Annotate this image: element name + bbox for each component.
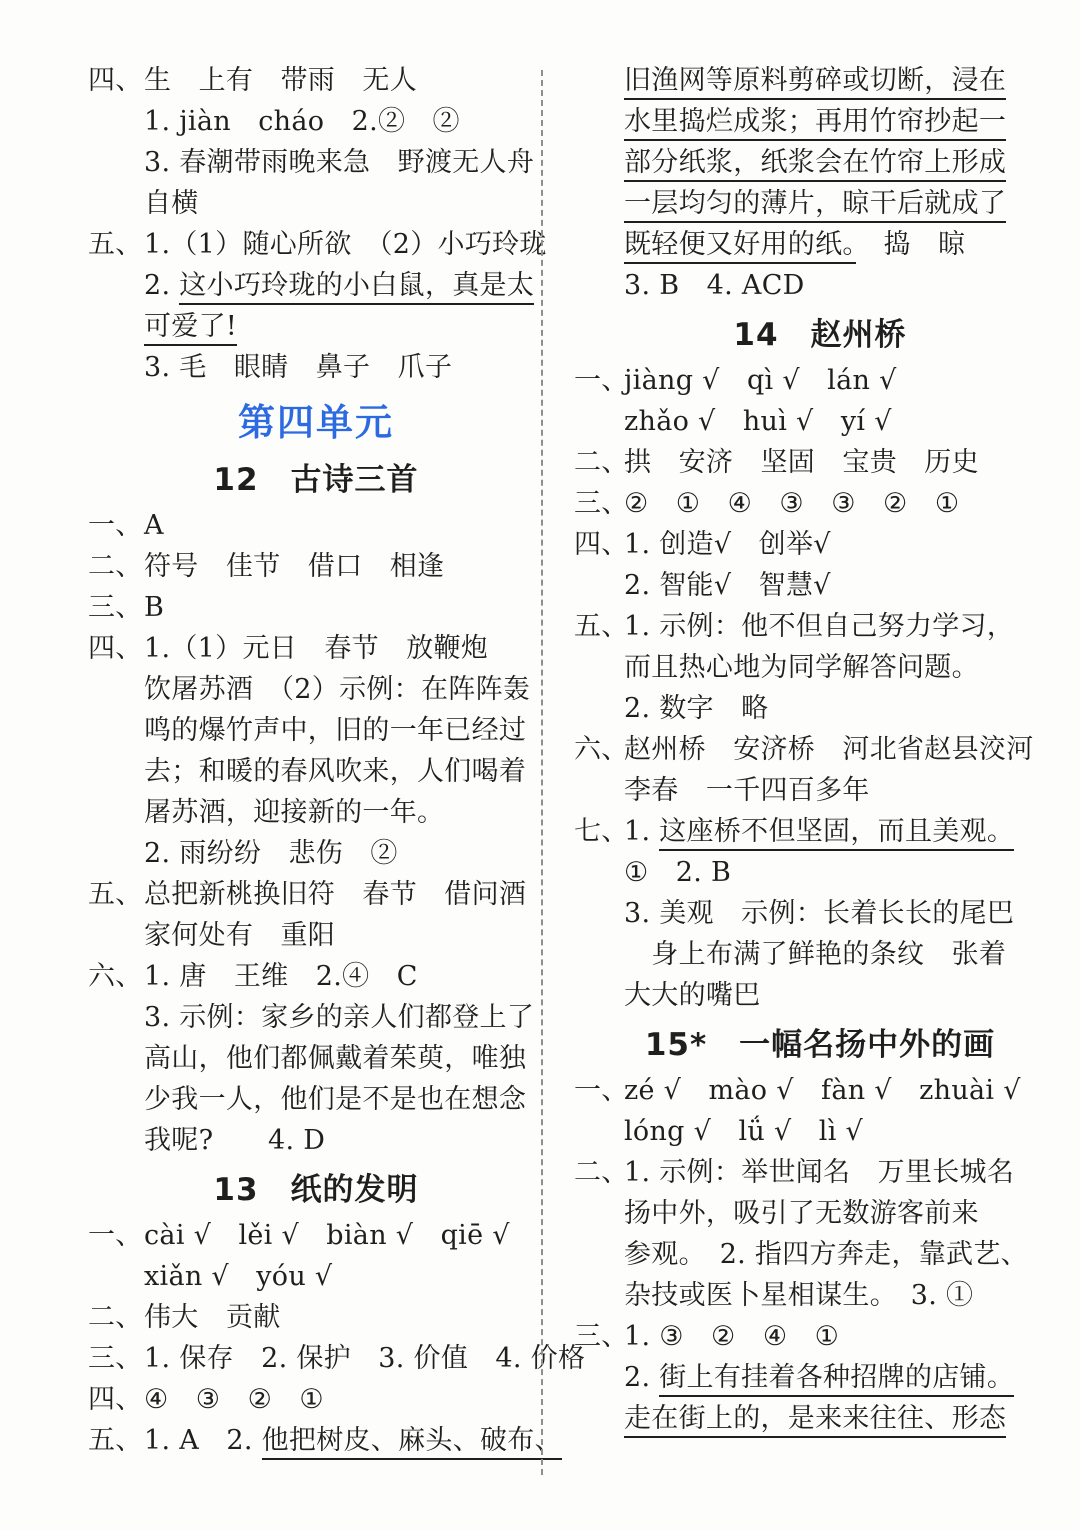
answer-line: 五、1. A 2. 他把树皮、麻头、破布、 bbox=[88, 1420, 544, 1461]
line-text: 旧渔网等原料剪碎或切断，浸在 bbox=[624, 60, 1006, 101]
item-number-label bbox=[574, 770, 624, 811]
answer-text: 家何处有 重阳 bbox=[144, 920, 335, 951]
item-number-label bbox=[88, 792, 144, 833]
answer-line: 屠苏酒，迎接新的一年。 bbox=[88, 792, 544, 833]
answer-line: ① 2. B bbox=[574, 852, 1066, 893]
item-number-label: 五、 bbox=[574, 606, 624, 647]
line-text: 伟大 贡献 bbox=[144, 1297, 281, 1338]
answer-text: 符号 佳节 借口 相逢 bbox=[144, 551, 444, 582]
underlined-answer-text: 一层均匀的薄片，晾干后就成了 bbox=[624, 188, 1006, 223]
item-number-label bbox=[88, 142, 144, 183]
answer-line: 自横 bbox=[88, 183, 544, 224]
answer-text: 1. ③ ② ④ ① bbox=[624, 1321, 839, 1352]
answer-text: 伟大 贡献 bbox=[144, 1302, 281, 1333]
line-text: 2. 数字 略 bbox=[624, 688, 768, 729]
item-number-label: 五、 bbox=[88, 224, 144, 265]
item-number-label: 四、 bbox=[88, 60, 144, 101]
line-text: lóng √ lǘ √ lì √ bbox=[624, 1111, 863, 1152]
left-column: 四、生 上有 带雨 无人1. jiàn cháo 2.② ②3. 春潮带雨晚来急… bbox=[88, 60, 544, 1461]
line-text: 总把新桃换旧符 春节 借问酒 bbox=[144, 874, 526, 915]
item-number-label bbox=[88, 833, 144, 874]
answer-text: A bbox=[144, 510, 164, 541]
line-text: 身上布满了鲜艳的条纹 张着 bbox=[624, 934, 1006, 975]
item-number-label: 三、 bbox=[574, 1316, 624, 1357]
answer-line: 杂技或医卜星相谋生。 3. ① bbox=[574, 1275, 1066, 1316]
item-number-label bbox=[574, 852, 624, 893]
answer-line: 身上布满了鲜艳的条纹 张着 bbox=[574, 934, 1066, 975]
item-number-label bbox=[574, 224, 624, 265]
answer-line: 3. 示例：家乡的亲人们都登上了 bbox=[88, 997, 544, 1038]
line-text: 杂技或医卜星相谋生。 3. ① bbox=[624, 1275, 973, 1316]
answer-text: 高山，他们都佩戴着茱萸，唯独 bbox=[144, 1043, 526, 1074]
column-divider bbox=[541, 70, 543, 1475]
answer-text: ① 2. B bbox=[624, 857, 731, 888]
answer-text: 去；和暖的春风吹来，人们喝着 bbox=[144, 756, 526, 787]
answer-text: 屠苏酒，迎接新的一年。 bbox=[144, 797, 444, 828]
line-text: ② ① ④ ③ ③ ② ① bbox=[624, 483, 959, 524]
answer-line: 五、总把新桃换旧符 春节 借问酒 bbox=[88, 874, 544, 915]
answer-line: 1. jiàn cháo 2.② ② bbox=[88, 101, 544, 142]
line-text: 而且热心地为同学解答问题。 bbox=[624, 647, 979, 688]
answer-line: 一、jiàng √ qì √ lán √ bbox=[574, 360, 1066, 401]
answer-text: 鸣的爆竹声中，旧的一年已经过 bbox=[144, 715, 526, 746]
answer-line: 少我一人，他们是不是也在想念 bbox=[88, 1079, 544, 1120]
answer-text: 拱 安济 坚固 宝贵 历史 bbox=[624, 447, 979, 478]
item-number-label: 五、 bbox=[88, 874, 144, 915]
item-number-label: 四、 bbox=[88, 1379, 144, 1420]
answer-line: 部分纸浆，纸浆会在竹帘上形成 bbox=[574, 142, 1066, 183]
item-number-label bbox=[574, 1275, 624, 1316]
unit-header: 第四单元 bbox=[88, 394, 544, 451]
answer-text: 1.（1）随心所欲 （2）小巧玲珑 bbox=[144, 229, 547, 260]
answer-text: 3. B 4. ACD bbox=[624, 270, 805, 301]
answer-text: 少我一人，他们是不是也在想念 bbox=[144, 1084, 526, 1115]
underlined-answer-text: 街上有挂着各种招牌的店铺。 bbox=[659, 1362, 1014, 1397]
item-number-label: 三、 bbox=[88, 587, 144, 628]
item-number-label bbox=[574, 1398, 624, 1439]
lesson-header: 14 赵州桥 bbox=[574, 311, 1066, 360]
item-number-label: 一、 bbox=[574, 360, 624, 401]
answer-line: 走在街上的，是来来往往、形态 bbox=[574, 1398, 1066, 1439]
line-text: 生 上有 带雨 无人 bbox=[144, 60, 417, 101]
answer-text: zé √ mào √ fàn √ zhuài √ bbox=[624, 1075, 1021, 1106]
item-number-label bbox=[574, 1111, 624, 1152]
line-text: B bbox=[144, 587, 164, 628]
line-text: 去；和暖的春风吹来，人们喝着 bbox=[144, 751, 526, 792]
answer-line: 高山，他们都佩戴着茱萸，唯独 bbox=[88, 1038, 544, 1079]
item-number-label bbox=[574, 565, 624, 606]
answer-text: 2. 雨纷纷 悲伤 ② bbox=[144, 838, 398, 869]
answer-line: 六、赵州桥 安济桥 河北省赵县洨河 bbox=[574, 729, 1066, 770]
line-text: 少我一人，他们是不是也在想念 bbox=[144, 1079, 526, 1120]
answer-line: 饮屠苏酒 （2）示例：在阵阵轰 bbox=[88, 669, 544, 710]
answer-line: 三、1. 保存 2. 保护 3. 价值 4. 价格 bbox=[88, 1338, 544, 1379]
answer-text: 3. 美观 示例：长着长长的尾巴 bbox=[624, 898, 1014, 929]
line-text: 2. 这小巧玲珑的小白鼠，真是太 bbox=[144, 265, 534, 306]
line-text: 自横 bbox=[144, 183, 199, 224]
answer-line: 四、生 上有 带雨 无人 bbox=[88, 60, 544, 101]
line-text: 1.（1）随心所欲 （2）小巧玲珑 bbox=[144, 224, 547, 265]
item-number-label bbox=[88, 710, 144, 751]
line-text: 1.（1）元日 春节 放鞭炮 bbox=[144, 628, 488, 669]
item-number-label: 七、 bbox=[574, 811, 624, 852]
line-text: 1. 这座桥不但坚固，而且美观。 bbox=[624, 811, 1014, 852]
answer-text: 参观。 2. 指四方奔走，靠武艺、 bbox=[624, 1239, 1028, 1270]
answer-text: 饮屠苏酒 （2）示例：在阵阵轰 bbox=[144, 674, 530, 705]
line-text: 2. 智能√ 智慧√ bbox=[624, 565, 831, 606]
line-text: zhǎo √ huì √ yí √ bbox=[624, 401, 892, 442]
item-number-label bbox=[88, 1038, 144, 1079]
answer-line: 2. 雨纷纷 悲伤 ② bbox=[88, 833, 544, 874]
answer-text: ② ① ④ ③ ③ ② ① bbox=[624, 488, 959, 519]
item-number-label: 五、 bbox=[88, 1420, 144, 1461]
item-number-label bbox=[574, 60, 624, 101]
line-text: ④ ③ ② ① bbox=[144, 1379, 324, 1420]
answer-text: 2. 数字 略 bbox=[624, 693, 768, 724]
underlined-answer-text: 这座桥不但坚固，而且美观。 bbox=[659, 816, 1014, 851]
underlined-answer-text: 旧渔网等原料剪碎或切断，浸在 bbox=[624, 65, 1006, 100]
answer-line: 家何处有 重阳 bbox=[88, 915, 544, 956]
item-number-label: 一、 bbox=[88, 505, 144, 546]
answer-line: 可爱了! bbox=[88, 306, 544, 347]
line-text: 2. 街上有挂着各种招牌的店铺。 bbox=[624, 1357, 1014, 1398]
answer-text: 捣 晾 bbox=[856, 229, 965, 260]
answer-line: 二、符号 佳节 借口 相逢 bbox=[88, 546, 544, 587]
answer-text: 赵州桥 安济桥 河北省赵县洨河 bbox=[624, 734, 1034, 765]
line-text: xiǎn √ yóu √ bbox=[144, 1256, 332, 1297]
line-text: 扬中外，吸引了无数游客前来 bbox=[624, 1193, 979, 1234]
line-text: 1. 创造√ 创举√ bbox=[624, 524, 831, 565]
item-number-label bbox=[88, 265, 144, 306]
answer-line: 李春 一千四百多年 bbox=[574, 770, 1066, 811]
item-number-label bbox=[574, 1357, 624, 1398]
underlined-answer-text: 部分纸浆，纸浆会在竹帘上形成 bbox=[624, 147, 1006, 182]
item-number-label bbox=[574, 265, 624, 306]
answer-text: 1. 唐 王维 2.④ C bbox=[144, 961, 418, 992]
line-text: 1. 唐 王维 2.④ C bbox=[144, 956, 418, 997]
answer-text: 生 上有 带雨 无人 bbox=[144, 65, 417, 96]
line-text: 2. 雨纷纷 悲伤 ② bbox=[144, 833, 398, 874]
answer-line: 2. 数字 略 bbox=[574, 688, 1066, 729]
line-text: jiàng √ qì √ lán √ bbox=[624, 360, 897, 401]
answer-line: 一、A bbox=[88, 505, 544, 546]
answer-text: 自横 bbox=[144, 188, 199, 219]
line-text: 部分纸浆，纸浆会在竹帘上形成 bbox=[624, 142, 1006, 183]
line-text: 3. 春潮带雨晚来急 野渡无人舟 bbox=[144, 142, 534, 183]
answer-text: 2. bbox=[144, 270, 179, 301]
item-number-label bbox=[88, 915, 144, 956]
item-number-label: 三、 bbox=[574, 483, 624, 524]
answer-line: 四、1. 创造√ 创举√ bbox=[574, 524, 1066, 565]
item-number-label: 四、 bbox=[88, 628, 144, 669]
line-text: 李春 一千四百多年 bbox=[624, 770, 870, 811]
item-number-label: 一、 bbox=[574, 1070, 624, 1111]
answer-line: 去；和暖的春风吹来，人们喝着 bbox=[88, 751, 544, 792]
item-number-label bbox=[88, 306, 144, 347]
answer-text: 2. bbox=[624, 1362, 659, 1393]
answer-line: 三、B bbox=[88, 587, 544, 628]
answer-line: 3. 美观 示例：长着长长的尾巴 bbox=[574, 893, 1066, 934]
answer-text: 2. 智能√ 智慧√ bbox=[624, 570, 831, 601]
item-number-label: 四、 bbox=[574, 524, 624, 565]
line-text: 一层均匀的薄片，晾干后就成了 bbox=[624, 183, 1006, 224]
answer-text: 3. 毛 眼睛 鼻子 爪子 bbox=[144, 352, 452, 383]
answer-line: 3. 毛 眼睛 鼻子 爪子 bbox=[88, 347, 544, 388]
underlined-answer-text: 水里捣烂成浆；再用竹帘抄起一 bbox=[624, 106, 1006, 141]
item-number-label bbox=[574, 101, 624, 142]
line-text: 3. 美观 示例：长着长长的尾巴 bbox=[624, 893, 1014, 934]
answer-text: 我呢? 4. D bbox=[144, 1125, 325, 1156]
answer-line: 七、1. 这座桥不但坚固，而且美观。 bbox=[574, 811, 1066, 852]
line-text: 可爱了! bbox=[144, 306, 237, 347]
line-text: 3. 示例：家乡的亲人们都登上了 bbox=[144, 997, 534, 1038]
answer-text: 1. 示例：他不但自己努力学习， bbox=[624, 611, 1014, 642]
answer-line: lóng √ lǘ √ lì √ bbox=[574, 1111, 1066, 1152]
answer-text: lóng √ lǘ √ lì √ bbox=[624, 1116, 863, 1147]
line-text: zé √ mào √ fàn √ zhuài √ bbox=[624, 1070, 1021, 1111]
item-number-label: 一、 bbox=[88, 1215, 144, 1256]
line-text: 高山，他们都佩戴着茱萸，唯独 bbox=[144, 1038, 526, 1079]
answer-text: cài √ lěi √ biàn √ qiē √ bbox=[144, 1220, 510, 1251]
answer-text: zhǎo √ huì √ yí √ bbox=[624, 406, 892, 437]
item-number-label bbox=[574, 647, 624, 688]
answer-text: 李春 一千四百多年 bbox=[624, 775, 870, 806]
answer-text: 1. 保存 2. 保护 3. 价值 4. 价格 bbox=[144, 1343, 585, 1374]
item-number-label: 二、 bbox=[88, 546, 144, 587]
item-number-label bbox=[574, 1234, 624, 1275]
item-number-label bbox=[88, 751, 144, 792]
item-number-label bbox=[574, 183, 624, 224]
answer-text: 1. 创造√ 创举√ bbox=[624, 529, 831, 560]
item-number-label: 六、 bbox=[574, 729, 624, 770]
line-text: 水里捣烂成浆；再用竹帘抄起一 bbox=[624, 101, 1006, 142]
line-text: 大大的嘴巴 bbox=[624, 975, 761, 1016]
line-text: 1. jiàn cháo 2.② ② bbox=[144, 101, 460, 142]
item-number-label bbox=[88, 183, 144, 224]
line-text: 拱 安济 坚固 宝贵 历史 bbox=[624, 442, 979, 483]
item-number-label bbox=[574, 142, 624, 183]
item-number-label bbox=[574, 401, 624, 442]
item-number-label bbox=[88, 997, 144, 1038]
line-text: 赵州桥 安济桥 河北省赵县洨河 bbox=[624, 729, 1034, 770]
line-text: cài √ lěi √ biàn √ qiē √ bbox=[144, 1215, 510, 1256]
answer-line: 我呢? 4. D bbox=[88, 1120, 544, 1161]
line-text: 3. 毛 眼睛 鼻子 爪子 bbox=[144, 347, 452, 388]
answer-line: 既轻便又好用的纸。 捣 晾 bbox=[574, 224, 1066, 265]
line-text: 家何处有 重阳 bbox=[144, 915, 335, 956]
answer-text: 1. jiàn cháo 2.② ② bbox=[144, 106, 460, 137]
answer-line: 一、zé √ mào √ fàn √ zhuài √ bbox=[574, 1070, 1066, 1111]
answer-line: 参观。 2. 指四方奔走，靠武艺、 bbox=[574, 1234, 1066, 1275]
line-text: 1. 保存 2. 保护 3. 价值 4. 价格 bbox=[144, 1338, 585, 1379]
item-number-label: 六、 bbox=[88, 956, 144, 997]
answer-line: zhǎo √ huì √ yí √ bbox=[574, 401, 1066, 442]
item-number-label bbox=[574, 975, 624, 1016]
line-text: 1. 示例：举世闻名 万里长城名 bbox=[624, 1152, 1014, 1193]
item-number-label bbox=[574, 893, 624, 934]
answer-line: 五、1.（1）随心所欲 （2）小巧玲珑 bbox=[88, 224, 544, 265]
answer-line: 二、拱 安济 坚固 宝贵 历史 bbox=[574, 442, 1066, 483]
answer-text: 3. 春潮带雨晚来急 野渡无人舟 bbox=[144, 147, 534, 178]
item-number-label bbox=[88, 1120, 144, 1161]
answer-line: 鸣的爆竹声中，旧的一年已经过 bbox=[88, 710, 544, 751]
answer-text: 身上布满了鲜艳的条纹 张着 bbox=[624, 939, 1006, 970]
answer-line: 旧渔网等原料剪碎或切断，浸在 bbox=[574, 60, 1066, 101]
answer-line: 三、1. ③ ② ④ ① bbox=[574, 1316, 1066, 1357]
item-number-label bbox=[574, 688, 624, 729]
answer-text: 杂技或医卜星相谋生。 3. ① bbox=[624, 1280, 973, 1311]
item-number-label bbox=[88, 101, 144, 142]
line-text: 屠苏酒，迎接新的一年。 bbox=[144, 792, 444, 833]
answer-sheet-page: 四、生 上有 带雨 无人1. jiàn cháo 2.② ②3. 春潮带雨晚来急… bbox=[0, 0, 1080, 1530]
answer-text: 大大的嘴巴 bbox=[624, 980, 761, 1011]
answer-line: 四、1.（1）元日 春节 放鞭炮 bbox=[88, 628, 544, 669]
line-text: 参观。 2. 指四方奔走，靠武艺、 bbox=[624, 1234, 1028, 1275]
answer-line: 而且热心地为同学解答问题。 bbox=[574, 647, 1066, 688]
line-text: 符号 佳节 借口 相逢 bbox=[144, 546, 444, 587]
answer-line: 四、④ ③ ② ① bbox=[88, 1379, 544, 1420]
item-number-label: 三、 bbox=[88, 1338, 144, 1379]
answer-line: 一、cài √ lěi √ biàn √ qiē √ bbox=[88, 1215, 544, 1256]
right-column: 旧渔网等原料剪碎或切断，浸在水里捣烂成浆；再用竹帘抄起一部分纸浆，纸浆会在竹帘上… bbox=[574, 60, 1066, 1439]
answer-text: 1. 示例：举世闻名 万里长城名 bbox=[624, 1157, 1014, 1188]
answer-line: 2. 这小巧玲珑的小白鼠，真是太 bbox=[88, 265, 544, 306]
line-text: 饮屠苏酒 （2）示例：在阵阵轰 bbox=[144, 669, 530, 710]
answer-line: 3. B 4. ACD bbox=[574, 265, 1066, 306]
lesson-header: 15* 一幅名扬中外的画 bbox=[574, 1021, 1066, 1070]
underlined-answer-text: 走在街上的，是来来往往、形态 bbox=[624, 1403, 1006, 1438]
lesson-header: 12 古诗三首 bbox=[88, 456, 544, 505]
item-number-label bbox=[88, 669, 144, 710]
item-number-label bbox=[88, 347, 144, 388]
answer-text: B bbox=[144, 592, 164, 623]
line-text: 1. ③ ② ④ ① bbox=[624, 1316, 839, 1357]
underlined-answer-text: 他把树皮、麻头、破布、 bbox=[262, 1425, 562, 1460]
line-text: 1. 示例：他不但自己努力学习， bbox=[624, 606, 1014, 647]
underlined-answer-text: 可爱了! bbox=[144, 311, 237, 346]
item-number-label: 二、 bbox=[574, 442, 624, 483]
answer-line: 三、② ① ④ ③ ③ ② ① bbox=[574, 483, 1066, 524]
line-text: 既轻便又好用的纸。 捣 晾 bbox=[624, 224, 965, 265]
answer-line: 扬中外，吸引了无数游客前来 bbox=[574, 1193, 1066, 1234]
item-number-label bbox=[574, 1193, 624, 1234]
answer-line: 水里捣烂成浆；再用竹帘抄起一 bbox=[574, 101, 1066, 142]
underlined-answer-text: 这小巧玲珑的小白鼠，真是太 bbox=[179, 270, 534, 305]
answer-line: 2. 智能√ 智慧√ bbox=[574, 565, 1066, 606]
answer-text: ④ ③ ② ① bbox=[144, 1384, 324, 1415]
line-text: 1. A 2. 他把树皮、麻头、破布、 bbox=[144, 1420, 562, 1461]
line-text: 我呢? 4. D bbox=[144, 1120, 325, 1161]
item-number-label: 二、 bbox=[88, 1297, 144, 1338]
answer-line: xiǎn √ yóu √ bbox=[88, 1256, 544, 1297]
answer-line: 二、1. 示例：举世闻名 万里长城名 bbox=[574, 1152, 1066, 1193]
answer-text: 扬中外，吸引了无数游客前来 bbox=[624, 1198, 979, 1229]
answer-line: 六、1. 唐 王维 2.④ C bbox=[88, 956, 544, 997]
answer-text: xiǎn √ yóu √ bbox=[144, 1261, 332, 1292]
line-text: A bbox=[144, 505, 164, 546]
answer-line: 二、伟大 贡献 bbox=[88, 1297, 544, 1338]
item-number-label bbox=[574, 934, 624, 975]
line-text: ① 2. B bbox=[624, 852, 731, 893]
line-text: 走在街上的，是来来往往、形态 bbox=[624, 1398, 1006, 1439]
line-text: 3. B 4. ACD bbox=[624, 265, 805, 306]
answer-text: 1. A 2. bbox=[144, 1425, 262, 1456]
answer-text: 而且热心地为同学解答问题。 bbox=[624, 652, 979, 683]
answer-line: 2. 街上有挂着各种招牌的店铺。 bbox=[574, 1357, 1066, 1398]
item-number-label bbox=[88, 1256, 144, 1297]
answer-text: 1.（1）元日 春节 放鞭炮 bbox=[144, 633, 488, 664]
line-text: 鸣的爆竹声中，旧的一年已经过 bbox=[144, 710, 526, 751]
answer-text: 1. bbox=[624, 816, 659, 847]
item-number-label bbox=[88, 1079, 144, 1120]
answer-line: 五、1. 示例：他不但自己努力学习， bbox=[574, 606, 1066, 647]
answer-line: 大大的嘴巴 bbox=[574, 975, 1066, 1016]
answer-line: 3. 春潮带雨晚来急 野渡无人舟 bbox=[88, 142, 544, 183]
answer-text: 总把新桃换旧符 春节 借问酒 bbox=[144, 879, 526, 910]
lesson-header: 13 纸的发明 bbox=[88, 1166, 544, 1215]
answer-line: 一层均匀的薄片，晾干后就成了 bbox=[574, 183, 1066, 224]
answer-text: 3. 示例：家乡的亲人们都登上了 bbox=[144, 1002, 534, 1033]
item-number-label: 二、 bbox=[574, 1152, 624, 1193]
underlined-answer-text: 既轻便又好用的纸。 bbox=[624, 229, 856, 264]
answer-text: jiàng √ qì √ lán √ bbox=[624, 365, 897, 396]
